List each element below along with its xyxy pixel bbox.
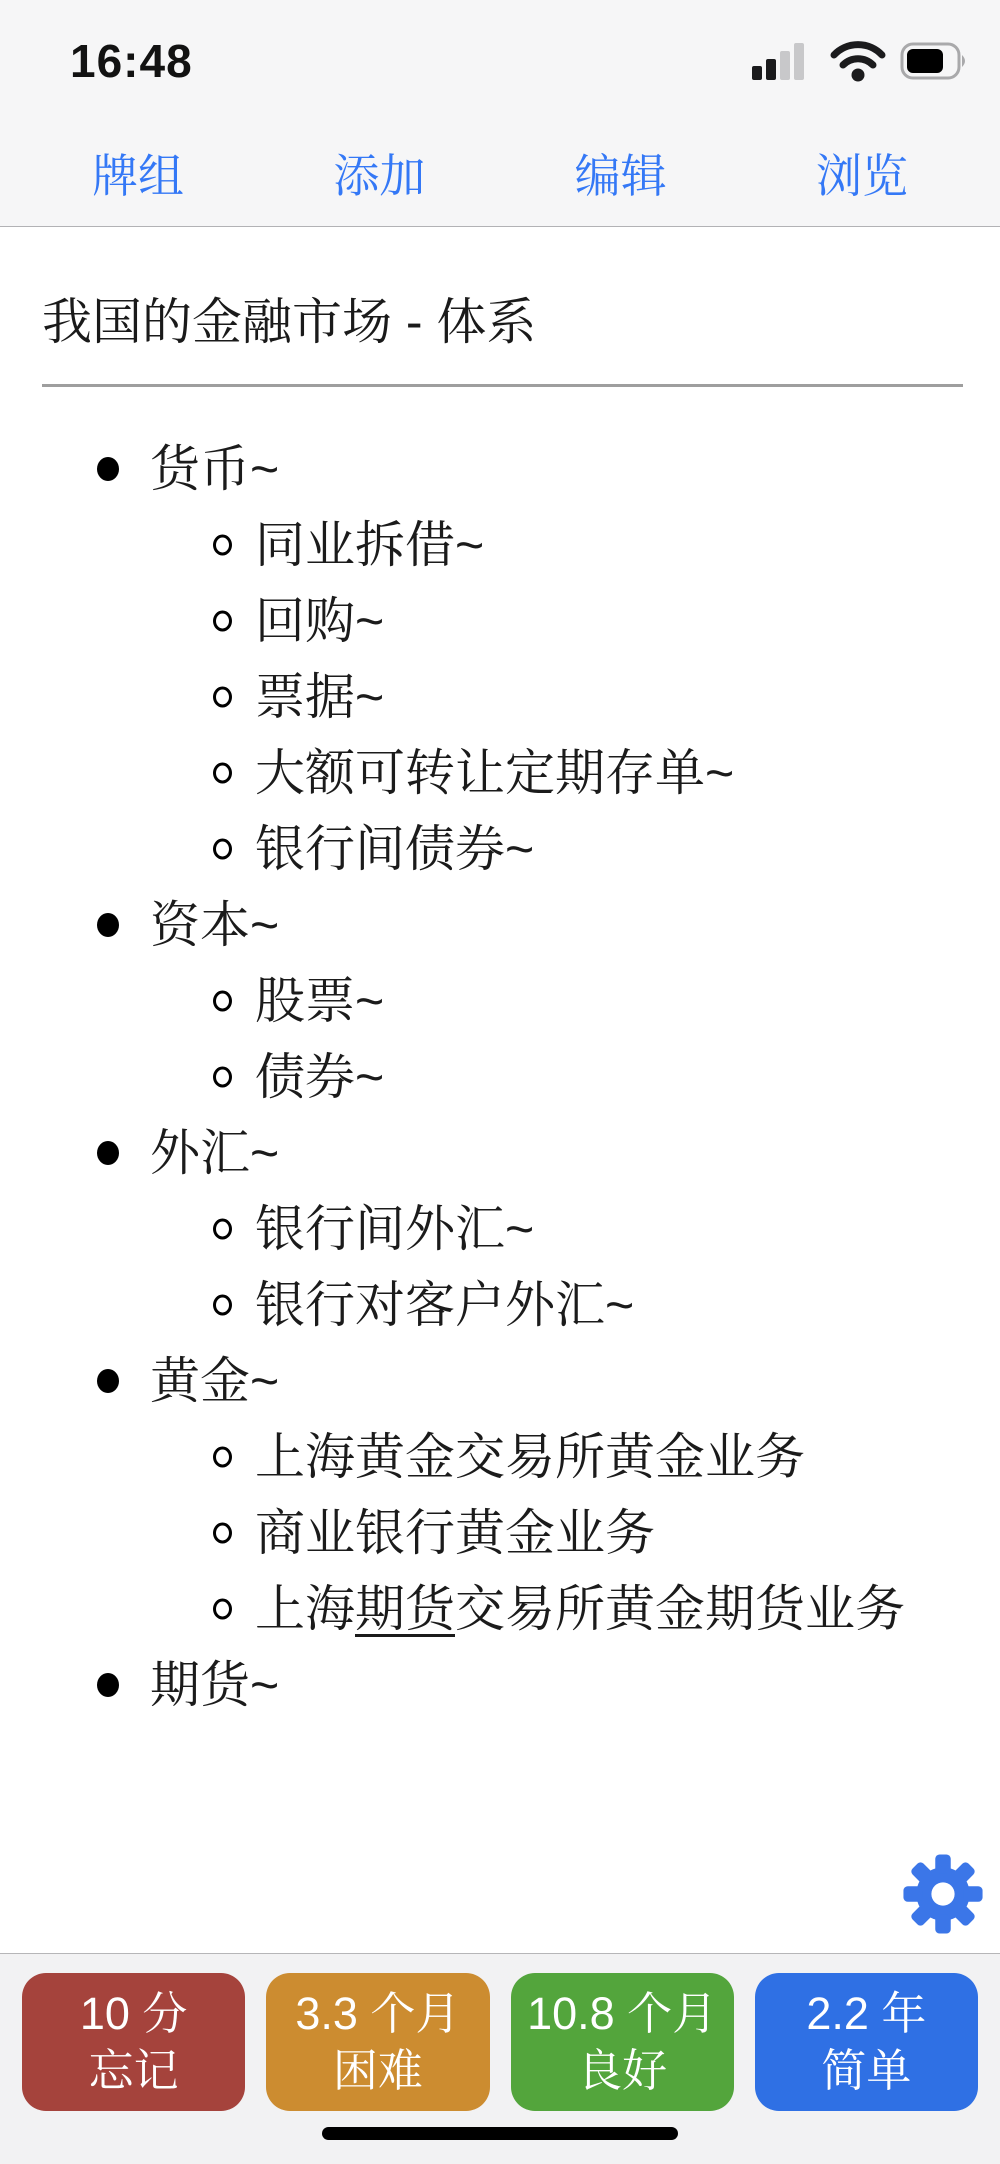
outline-item: 上海黄金交易所黄金业务	[42, 1419, 963, 1495]
settings-gear-button[interactable]	[900, 1851, 986, 1937]
outline-item: 上海期货交易所黄金期货业务	[42, 1571, 963, 1647]
toolbar: 牌组 添加 编辑 浏览	[92, 140, 908, 206]
disc-bullet-icon	[97, 1369, 119, 1393]
card-outline-list: 货币~同业拆借~回购~票据~大额可转让定期存单~银行间债券~资本~股票~债券~外…	[42, 431, 963, 1723]
outline-item-text: 银行对客户外汇~	[255, 1277, 634, 1333]
answer-interval: 2.2 年	[806, 1985, 926, 2042]
circle-bullet-icon	[213, 839, 232, 860]
outline-item-text: 资本~	[150, 897, 279, 953]
outline-item-text: 股票~	[255, 973, 384, 1029]
outline-item-text: 同业拆借~	[255, 517, 484, 573]
answer-interval: 10.8 个月	[527, 1985, 717, 2042]
outline-item-text: 回购~	[255, 593, 384, 649]
answer-label: 良好	[577, 2042, 667, 2099]
circle-bullet-icon	[213, 1599, 232, 1620]
circle-bullet-icon	[213, 1295, 232, 1316]
wifi-icon	[830, 40, 886, 82]
circle-bullet-icon	[213, 1219, 232, 1240]
answer-label: 困难	[333, 2042, 423, 2099]
nav-item-browse[interactable]: 浏览	[816, 140, 908, 206]
outline-item-text: 上海黄金交易所黄金业务	[255, 1429, 805, 1485]
answer-buttons-row: 10 分 忘记 3.3 个月 困难 10.8 个月 良好 2.2 年 简单	[0, 1954, 1000, 2111]
outline-item-text: 上海期货交易所黄金期货业务	[255, 1581, 905, 1637]
outline-item: 资本~	[42, 887, 963, 963]
outline-item: 债券~	[42, 1039, 963, 1115]
answer-interval: 3.3 个月	[295, 1985, 460, 2042]
answer-button-easy[interactable]: 2.2 年 简单	[755, 1973, 978, 2111]
disc-bullet-icon	[97, 457, 119, 481]
outline-item-text: 票据~	[255, 669, 384, 725]
outline-item-text: 银行间债券~	[255, 821, 534, 877]
outline-item-text: 大额可转让定期存单~	[255, 745, 734, 801]
disc-bullet-icon	[97, 1141, 119, 1165]
circle-bullet-icon	[213, 687, 232, 708]
outline-item: 货币~	[42, 431, 963, 507]
outline-item: 商业银行黄金业务	[42, 1495, 963, 1571]
circle-bullet-icon	[213, 611, 232, 632]
outline-item: 股票~	[42, 963, 963, 1039]
outline-item: 黄金~	[42, 1343, 963, 1419]
answer-button-again[interactable]: 10 分 忘记	[22, 1973, 245, 2111]
battery-icon	[900, 42, 970, 80]
nav-item-add[interactable]: 添加	[333, 140, 425, 206]
circle-bullet-icon	[213, 1067, 232, 1088]
outline-item: 银行对客户外汇~	[42, 1267, 963, 1343]
outline-item: 大额可转让定期存单~	[42, 735, 963, 811]
outline-item: 同业拆借~	[42, 507, 963, 583]
outline-item-text: 期货~	[150, 1657, 279, 1713]
circle-bullet-icon	[213, 1523, 232, 1544]
outline-item: 票据~	[42, 659, 963, 735]
outline-item: 银行间债券~	[42, 811, 963, 887]
gear-icon	[900, 1851, 986, 1937]
outline-item-text: 货币~	[150, 441, 279, 497]
home-indicator[interactable]	[322, 2127, 678, 2140]
disc-bullet-icon	[97, 913, 119, 937]
circle-bullet-icon	[213, 1447, 232, 1468]
status-bar: 16:48	[0, 28, 1000, 98]
outline-item-text: 债券~	[255, 1049, 384, 1105]
outline-item: 期货~	[42, 1647, 963, 1723]
answer-bar: 10 分 忘记 3.3 个月 困难 10.8 个月 良好 2.2 年 简单	[0, 1953, 1000, 2164]
outline-item-text: 商业银行黄金业务	[255, 1505, 655, 1561]
cellular-signal-icon	[752, 40, 816, 82]
status-icons	[752, 40, 970, 82]
card-content: 我国的金融市场 - 体系 货币~同业拆借~回购~票据~大额可转让定期存单~银行间…	[0, 228, 1000, 1953]
outline-item-text: 外汇~	[150, 1125, 279, 1181]
answer-button-hard[interactable]: 3.3 个月 困难	[266, 1973, 489, 2111]
outline-item: 银行间外汇~	[42, 1191, 963, 1267]
outline-item-text: 黄金~	[150, 1353, 279, 1409]
circle-bullet-icon	[213, 763, 232, 784]
answer-interval: 10 分	[80, 1985, 188, 2042]
card-title: 我国的金融市场 - 体系	[42, 282, 963, 354]
nav-item-edit[interactable]: 编辑	[575, 140, 667, 206]
nav-item-decks[interactable]: 牌组	[92, 140, 184, 206]
outline-item: 回购~	[42, 583, 963, 659]
answer-label: 忘记	[89, 2042, 179, 2099]
disc-bullet-icon	[97, 1673, 119, 1697]
circle-bullet-icon	[213, 535, 232, 556]
outline-item: 外汇~	[42, 1115, 963, 1191]
answer-button-good[interactable]: 10.8 个月 良好	[511, 1973, 734, 2111]
top-header: 16:48 牌组 添加 编辑 浏览	[0, 0, 1000, 227]
circle-bullet-icon	[213, 991, 232, 1012]
answer-label: 简单	[821, 2042, 911, 2099]
outline-item-text: 银行间外汇~	[255, 1201, 534, 1257]
title-divider	[42, 384, 963, 387]
card-body: 我国的金融市场 - 体系 货币~同业拆借~回购~票据~大额可转让定期存单~银行间…	[0, 228, 1000, 1723]
clock-time: 16:48	[70, 34, 193, 88]
